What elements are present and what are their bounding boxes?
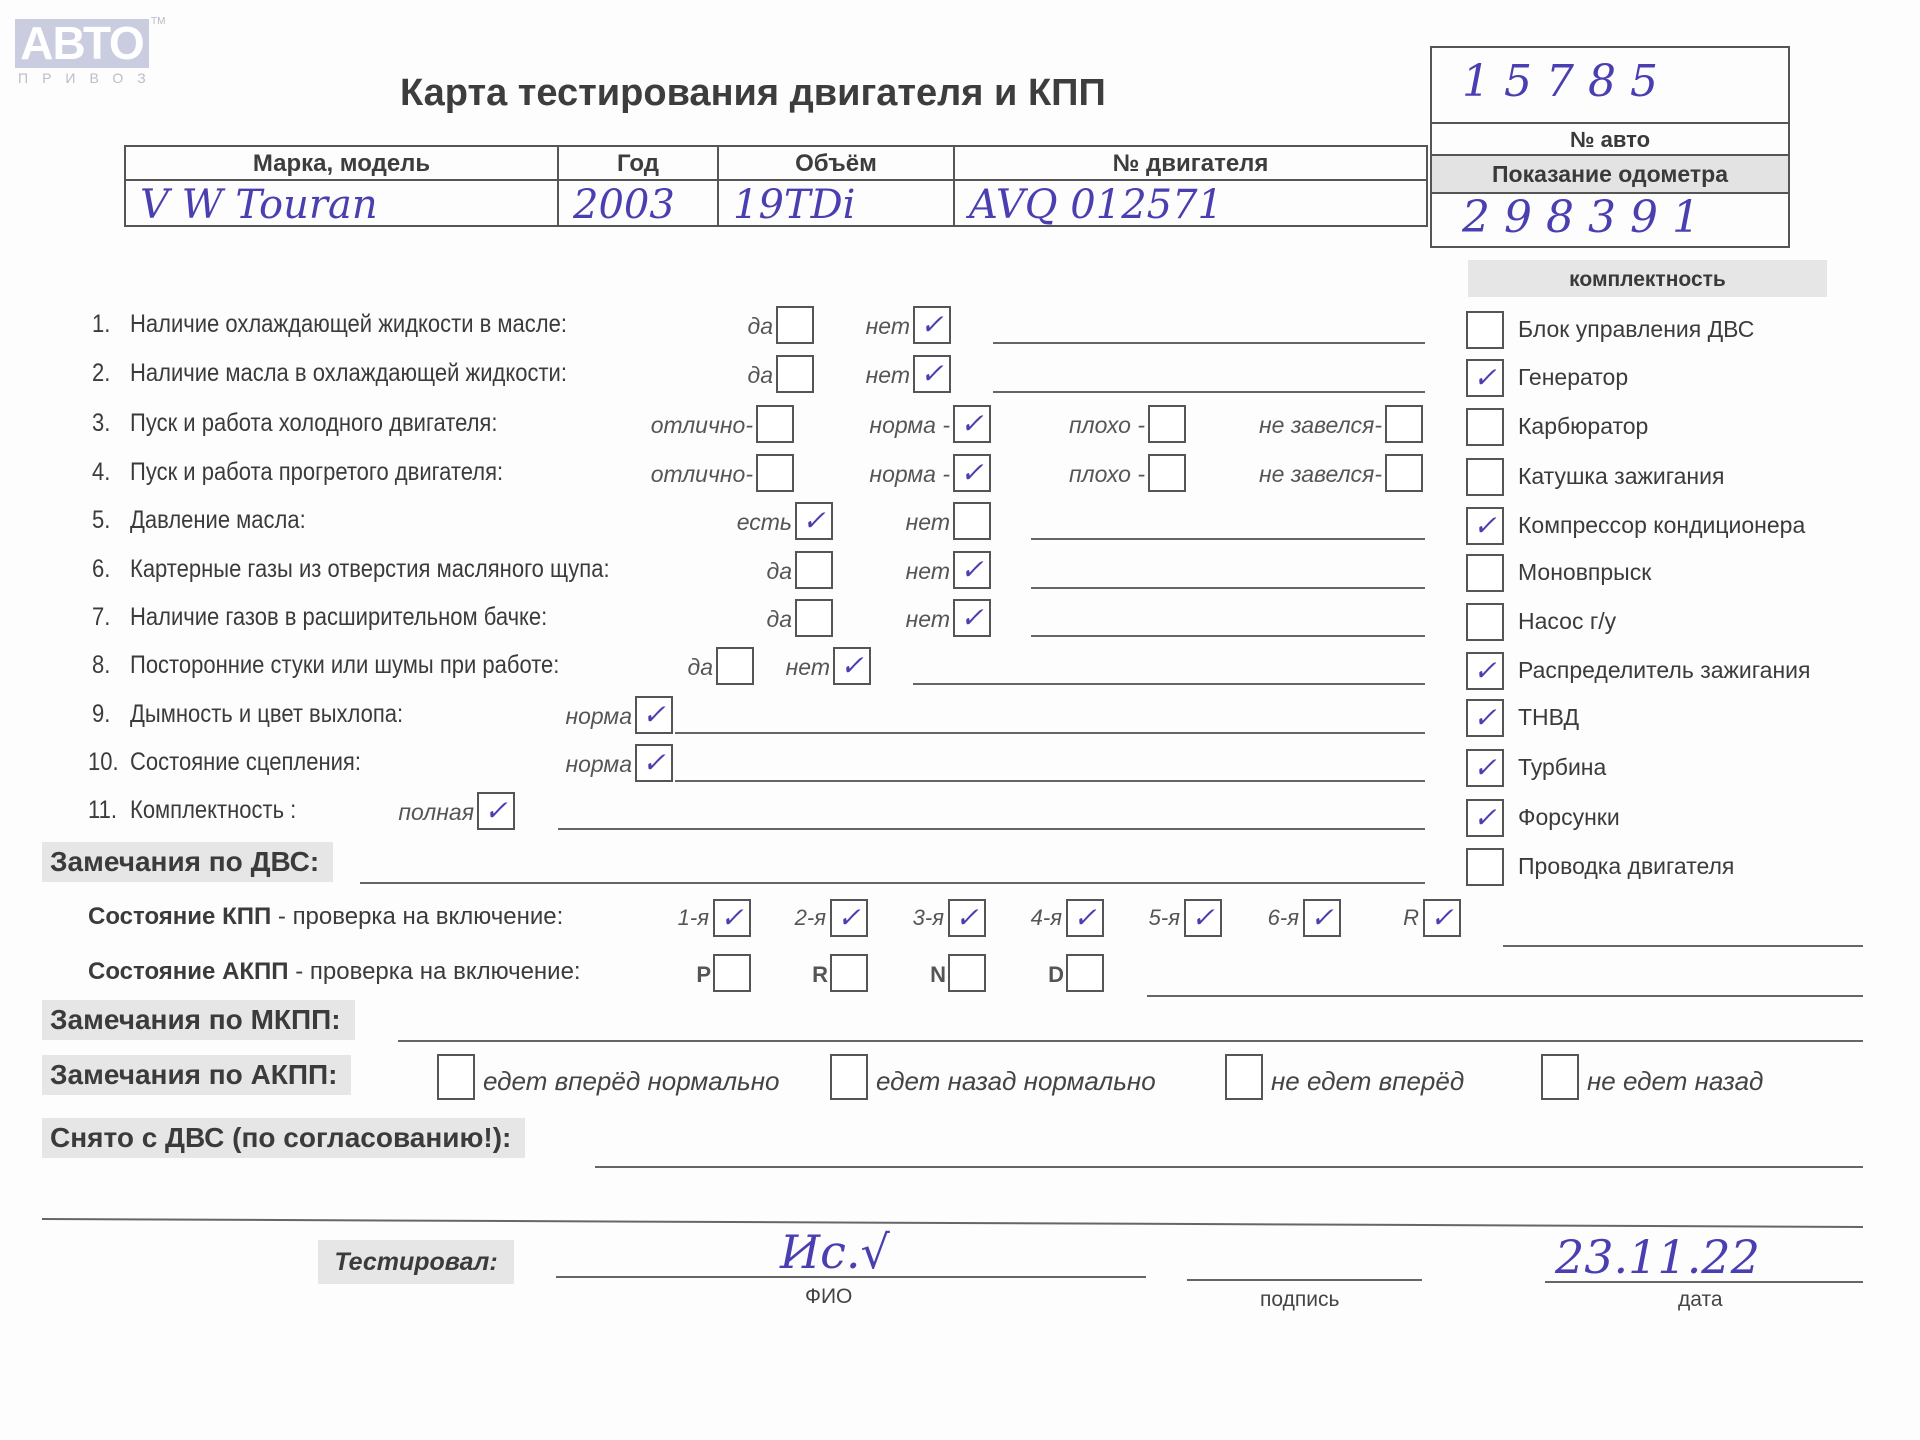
completeness-checkbox[interactable]: ✓ xyxy=(1466,652,1504,690)
completeness-checkbox[interactable]: ✓ xyxy=(1466,359,1504,397)
completeness-item-label: Блок управления ДВС xyxy=(1518,316,1754,343)
check-mark-icon: ✓ xyxy=(1473,364,1496,392)
question-text: Дымность и цвет выхлопа: xyxy=(130,700,403,729)
check-mark-icon: ✓ xyxy=(802,507,825,535)
completeness-checkbox[interactable] xyxy=(1466,458,1504,496)
option-label: отлично- xyxy=(651,412,753,439)
question-notes-field[interactable] xyxy=(1031,635,1425,637)
question-text: Посторонние стуки или шумы при работе: xyxy=(130,651,559,680)
akpp-option-checkbox[interactable] xyxy=(437,1054,475,1100)
check-mark-icon: ✓ xyxy=(1191,904,1214,932)
check-mark-icon: ✓ xyxy=(837,904,860,932)
gear-label: 2-я xyxy=(795,905,826,931)
auto-position-label: R xyxy=(812,962,828,988)
removed-label: Снято с ДВС (по согласованию!): xyxy=(42,1118,525,1158)
question-notes-field[interactable] xyxy=(1031,538,1425,540)
gear-label: 5-я xyxy=(1149,905,1180,931)
brand-subtitle: ПРИВОЗ xyxy=(18,70,160,86)
check-mark-icon: ✓ xyxy=(1073,904,1096,932)
option-label: нет xyxy=(906,509,950,536)
completeness-item-label: Форсунки xyxy=(1518,804,1620,831)
option-checkbox[interactable]: ✓ xyxy=(913,355,951,393)
option-label: норма - xyxy=(869,461,950,488)
option-checkbox[interactable] xyxy=(756,454,794,492)
option-checkbox[interactable] xyxy=(1148,405,1186,443)
car-number-label: № авто xyxy=(1432,122,1788,154)
option-label: полная xyxy=(398,799,474,826)
engine-remarks-field[interactable] xyxy=(360,882,1425,884)
date-value: 23.11.22 xyxy=(1555,1230,1760,1284)
completeness-checkbox[interactable] xyxy=(1466,603,1504,641)
auto-position-checkbox[interactable] xyxy=(830,954,868,992)
question-number: 10. xyxy=(88,748,119,777)
question-notes-field[interactable] xyxy=(913,683,1425,685)
question-notes-field[interactable] xyxy=(993,391,1425,393)
auto-position-checkbox[interactable] xyxy=(948,954,986,992)
odometer-label: Показание одометра xyxy=(1432,154,1788,194)
gear-checkbox[interactable]: ✓ xyxy=(830,899,868,937)
question-notes-field[interactable] xyxy=(675,780,1425,782)
option-checkbox[interactable]: ✓ xyxy=(953,551,991,589)
completeness-item-label: Турбина xyxy=(1518,754,1606,781)
car-info-box: 15785 № авто Показание одометра 298391 xyxy=(1430,46,1790,248)
header-volume: Объём xyxy=(719,147,953,179)
option-checkbox[interactable]: ✓ xyxy=(635,696,673,734)
option-checkbox[interactable]: ✓ xyxy=(477,792,515,830)
auto-position-checkbox[interactable] xyxy=(1066,954,1104,992)
option-label: да xyxy=(747,313,773,340)
question-number: 1. xyxy=(92,310,110,339)
question-text: Картерные газы из отверстия масляного щу… xyxy=(130,555,610,584)
option-label: да xyxy=(747,362,773,389)
option-label: нет xyxy=(866,362,910,389)
mkpp-remarks-label: Замечания по МКПП: xyxy=(42,1000,355,1040)
option-label: плохо - xyxy=(1069,412,1145,439)
check-mark-icon: ✓ xyxy=(1473,754,1496,782)
engine-remarks-label: Замечания по ДВС: xyxy=(42,842,333,882)
gear-checkbox[interactable]: ✓ xyxy=(948,899,986,937)
auto-gearbox-caption: - проверка на включение: xyxy=(289,958,581,985)
option-label: да xyxy=(687,654,713,681)
completeness-checkbox[interactable] xyxy=(1466,311,1504,349)
option-checkbox[interactable]: ✓ xyxy=(953,599,991,637)
car-number-field[interactable]: 15785 xyxy=(1462,56,1672,107)
completeness-item-label: Катушка зажигания xyxy=(1518,463,1724,490)
question-notes-field[interactable] xyxy=(675,732,1425,734)
auto-gearbox-notes-field[interactable] xyxy=(1147,995,1863,997)
signature-field[interactable] xyxy=(1187,1279,1422,1281)
check-mark-icon: ✓ xyxy=(1473,657,1496,685)
option-checkbox[interactable] xyxy=(776,306,814,344)
auto-position-label: P xyxy=(696,962,711,988)
check-mark-icon: ✓ xyxy=(960,410,983,438)
option-label: да xyxy=(766,606,792,633)
gear-label: R xyxy=(1403,905,1419,931)
check-mark-icon: ✓ xyxy=(1473,804,1496,832)
auto-position-checkbox[interactable] xyxy=(713,954,751,992)
option-checkbox[interactable]: ✓ xyxy=(635,744,673,782)
car-number-cell: 15785 xyxy=(1432,48,1788,124)
page-title: Карта тестирования двигателя и КПП xyxy=(400,72,1106,115)
manual-gearbox-label: Состояние КПП - проверка на включение: xyxy=(88,903,563,931)
check-mark-icon: ✓ xyxy=(920,360,943,388)
trademark-sign: TM xyxy=(151,16,165,27)
odometer-field[interactable]: 298391 xyxy=(1462,192,1714,243)
question-text: Наличие масла в охлаждающей жидкости: xyxy=(130,359,567,388)
option-label: да xyxy=(766,558,792,585)
gear-checkbox[interactable]: ✓ xyxy=(1184,899,1222,937)
akpp-option-checkbox[interactable] xyxy=(1541,1054,1579,1100)
question-number: 6. xyxy=(92,555,110,584)
header-year: Год xyxy=(559,147,717,179)
check-mark-icon: ✓ xyxy=(955,904,978,932)
option-checkbox[interactable]: ✓ xyxy=(913,306,951,344)
question-notes-field[interactable] xyxy=(558,828,1425,830)
completeness-checkbox[interactable]: ✓ xyxy=(1466,699,1504,737)
question-number: 5. xyxy=(92,506,110,535)
question-text: Пуск и работа холодного двигателя: xyxy=(130,409,497,438)
completeness-checkbox[interactable] xyxy=(1466,408,1504,446)
option-checkbox[interactable] xyxy=(1148,454,1186,492)
signature-caption: подпись xyxy=(1260,1288,1339,1312)
akpp-remarks-label: Замечания по АКПП: xyxy=(42,1055,351,1095)
brand-logo: АВТО xyxy=(15,19,149,68)
option-label: плохо - xyxy=(1069,461,1145,488)
date-caption: дата xyxy=(1678,1288,1723,1312)
gear-label: 3-я xyxy=(913,905,944,931)
question-number: 2. xyxy=(92,359,110,388)
check-mark-icon: ✓ xyxy=(1473,512,1496,540)
auto-position-label: D xyxy=(1048,962,1064,988)
check-mark-icon: ✓ xyxy=(642,701,665,729)
completeness-checkbox[interactable] xyxy=(1466,554,1504,592)
question-notes-field[interactable] xyxy=(993,342,1425,344)
removed-field-line-2[interactable] xyxy=(42,1218,1863,1228)
akpp-option-label: не едет назад xyxy=(1587,1066,1763,1097)
manual-gearbox-caption: - проверка на включение: xyxy=(271,903,563,930)
make-model-field[interactable]: V W Touran xyxy=(126,181,550,227)
akpp-option-checkbox[interactable] xyxy=(830,1054,868,1100)
question-number: 11. xyxy=(88,796,117,825)
name-value: Ис.√ xyxy=(780,1225,890,1279)
header-engine-number: № двигателя xyxy=(955,147,1426,179)
check-mark-icon: ✓ xyxy=(1473,704,1496,732)
option-label: нет xyxy=(906,606,950,633)
completeness-item-label: Распределитель зажигания xyxy=(1518,657,1810,684)
question-number: 4. xyxy=(92,458,110,487)
completeness-item-label: Карбюратор xyxy=(1518,413,1648,440)
check-mark-icon: ✓ xyxy=(920,311,943,339)
option-label: нет xyxy=(906,558,950,585)
completeness-item-label: ТНВД xyxy=(1518,704,1579,731)
option-label: не завелся- xyxy=(1259,461,1382,488)
completeness-item-label: Моновпрыск xyxy=(1518,559,1651,586)
option-checkbox[interactable] xyxy=(756,405,794,443)
completeness-checkbox[interactable]: ✓ xyxy=(1466,749,1504,787)
option-checkbox[interactable] xyxy=(716,647,754,685)
option-label: норма - xyxy=(869,412,950,439)
completeness-item-label: Насос г/у xyxy=(1518,608,1616,635)
question-text: Наличие охлаждающей жидкости в масле: xyxy=(130,310,567,339)
completeness-item-label: Компрессор кондиционера xyxy=(1518,512,1805,539)
engine-number-field[interactable]: AVQ 012571 xyxy=(955,181,1429,227)
gear-label: 1-я xyxy=(678,905,709,931)
option-checkbox[interactable] xyxy=(953,502,991,540)
question-text: Состояние сцепления: xyxy=(130,748,361,777)
completeness-checkbox[interactable] xyxy=(1466,848,1504,886)
gear-checkbox[interactable]: ✓ xyxy=(1303,899,1341,937)
option-checkbox[interactable]: ✓ xyxy=(953,405,991,443)
question-number: 9. xyxy=(92,700,110,729)
option-label: есть xyxy=(737,509,792,536)
auto-position-label: N xyxy=(930,962,946,988)
completeness-item-label: Проводка двигателя xyxy=(1518,853,1734,880)
check-mark-icon: ✓ xyxy=(960,556,983,584)
gear-label: 4-я xyxy=(1031,905,1062,931)
check-mark-icon: ✓ xyxy=(720,904,743,932)
tested-by-label: Тестировал: xyxy=(318,1240,514,1284)
completeness-checkbox[interactable]: ✓ xyxy=(1466,507,1504,545)
option-checkbox[interactable]: ✓ xyxy=(833,647,871,685)
option-label: отлично- xyxy=(651,461,753,488)
option-label: норма xyxy=(565,751,632,778)
option-checkbox[interactable] xyxy=(795,599,833,637)
akpp-option-label: едет назад нормально xyxy=(876,1066,1156,1097)
option-label: не завелся- xyxy=(1259,412,1382,439)
year-field[interactable]: 2003 xyxy=(559,181,713,227)
manual-gearbox-title: Состояние КПП xyxy=(88,903,271,930)
mkpp-remarks-field[interactable] xyxy=(398,1040,1863,1042)
check-mark-icon: ✓ xyxy=(1310,904,1333,932)
header-make-model: Марка, модель xyxy=(126,147,557,179)
question-number: 3. xyxy=(92,409,110,438)
auto-gearbox-title: Состояние АКПП xyxy=(88,958,289,985)
option-label: нет xyxy=(866,313,910,340)
option-checkbox[interactable] xyxy=(776,355,814,393)
akpp-option-label: не едет вперёд xyxy=(1271,1066,1464,1097)
gear-label: 6-я xyxy=(1268,905,1299,931)
completeness-checkbox[interactable]: ✓ xyxy=(1466,799,1504,837)
auto-gearbox-label: Состояние АКПП - проверка на включение: xyxy=(88,958,581,986)
option-checkbox[interactable]: ✓ xyxy=(953,454,991,492)
vehicle-table: Марка, модель Год Объём № двигателя V W … xyxy=(124,145,1428,227)
check-mark-icon: ✓ xyxy=(484,797,507,825)
akpp-option-label: едет вперёд нормально xyxy=(483,1066,779,1097)
option-label: нет xyxy=(786,654,830,681)
option-checkbox[interactable]: ✓ xyxy=(795,502,833,540)
volume-field[interactable]: 19TDi xyxy=(719,181,953,227)
check-mark-icon: ✓ xyxy=(960,604,983,632)
check-mark-icon: ✓ xyxy=(960,459,983,487)
check-mark-icon: ✓ xyxy=(642,749,665,777)
option-checkbox[interactable] xyxy=(1385,454,1423,492)
question-text: Комплектность : xyxy=(130,796,296,825)
akpp-option-checkbox[interactable] xyxy=(1225,1054,1263,1100)
name-caption: ФИО xyxy=(805,1285,852,1309)
removed-field[interactable] xyxy=(595,1166,1863,1168)
manual-gearbox-notes-field[interactable] xyxy=(1503,945,1863,947)
check-mark-icon: ✓ xyxy=(1430,904,1453,932)
question-number: 7. xyxy=(92,603,110,632)
gear-checkbox[interactable]: ✓ xyxy=(1066,899,1104,937)
question-number: 8. xyxy=(92,651,110,680)
option-checkbox[interactable] xyxy=(1385,405,1423,443)
question-text: Давление масла: xyxy=(130,506,306,535)
option-checkbox[interactable] xyxy=(795,551,833,589)
completeness-item-label: Генератор xyxy=(1518,364,1628,391)
completeness-heading: комплектность xyxy=(1468,260,1827,297)
option-label: норма xyxy=(565,703,632,730)
question-notes-field[interactable] xyxy=(1031,587,1425,589)
gear-checkbox[interactable]: ✓ xyxy=(713,899,751,937)
check-mark-icon: ✓ xyxy=(840,652,863,680)
question-text: Пуск и работа прогретого двигателя: xyxy=(130,458,503,487)
question-text: Наличие газов в расширительном бачке: xyxy=(130,603,547,632)
gear-checkbox[interactable]: ✓ xyxy=(1423,899,1461,937)
